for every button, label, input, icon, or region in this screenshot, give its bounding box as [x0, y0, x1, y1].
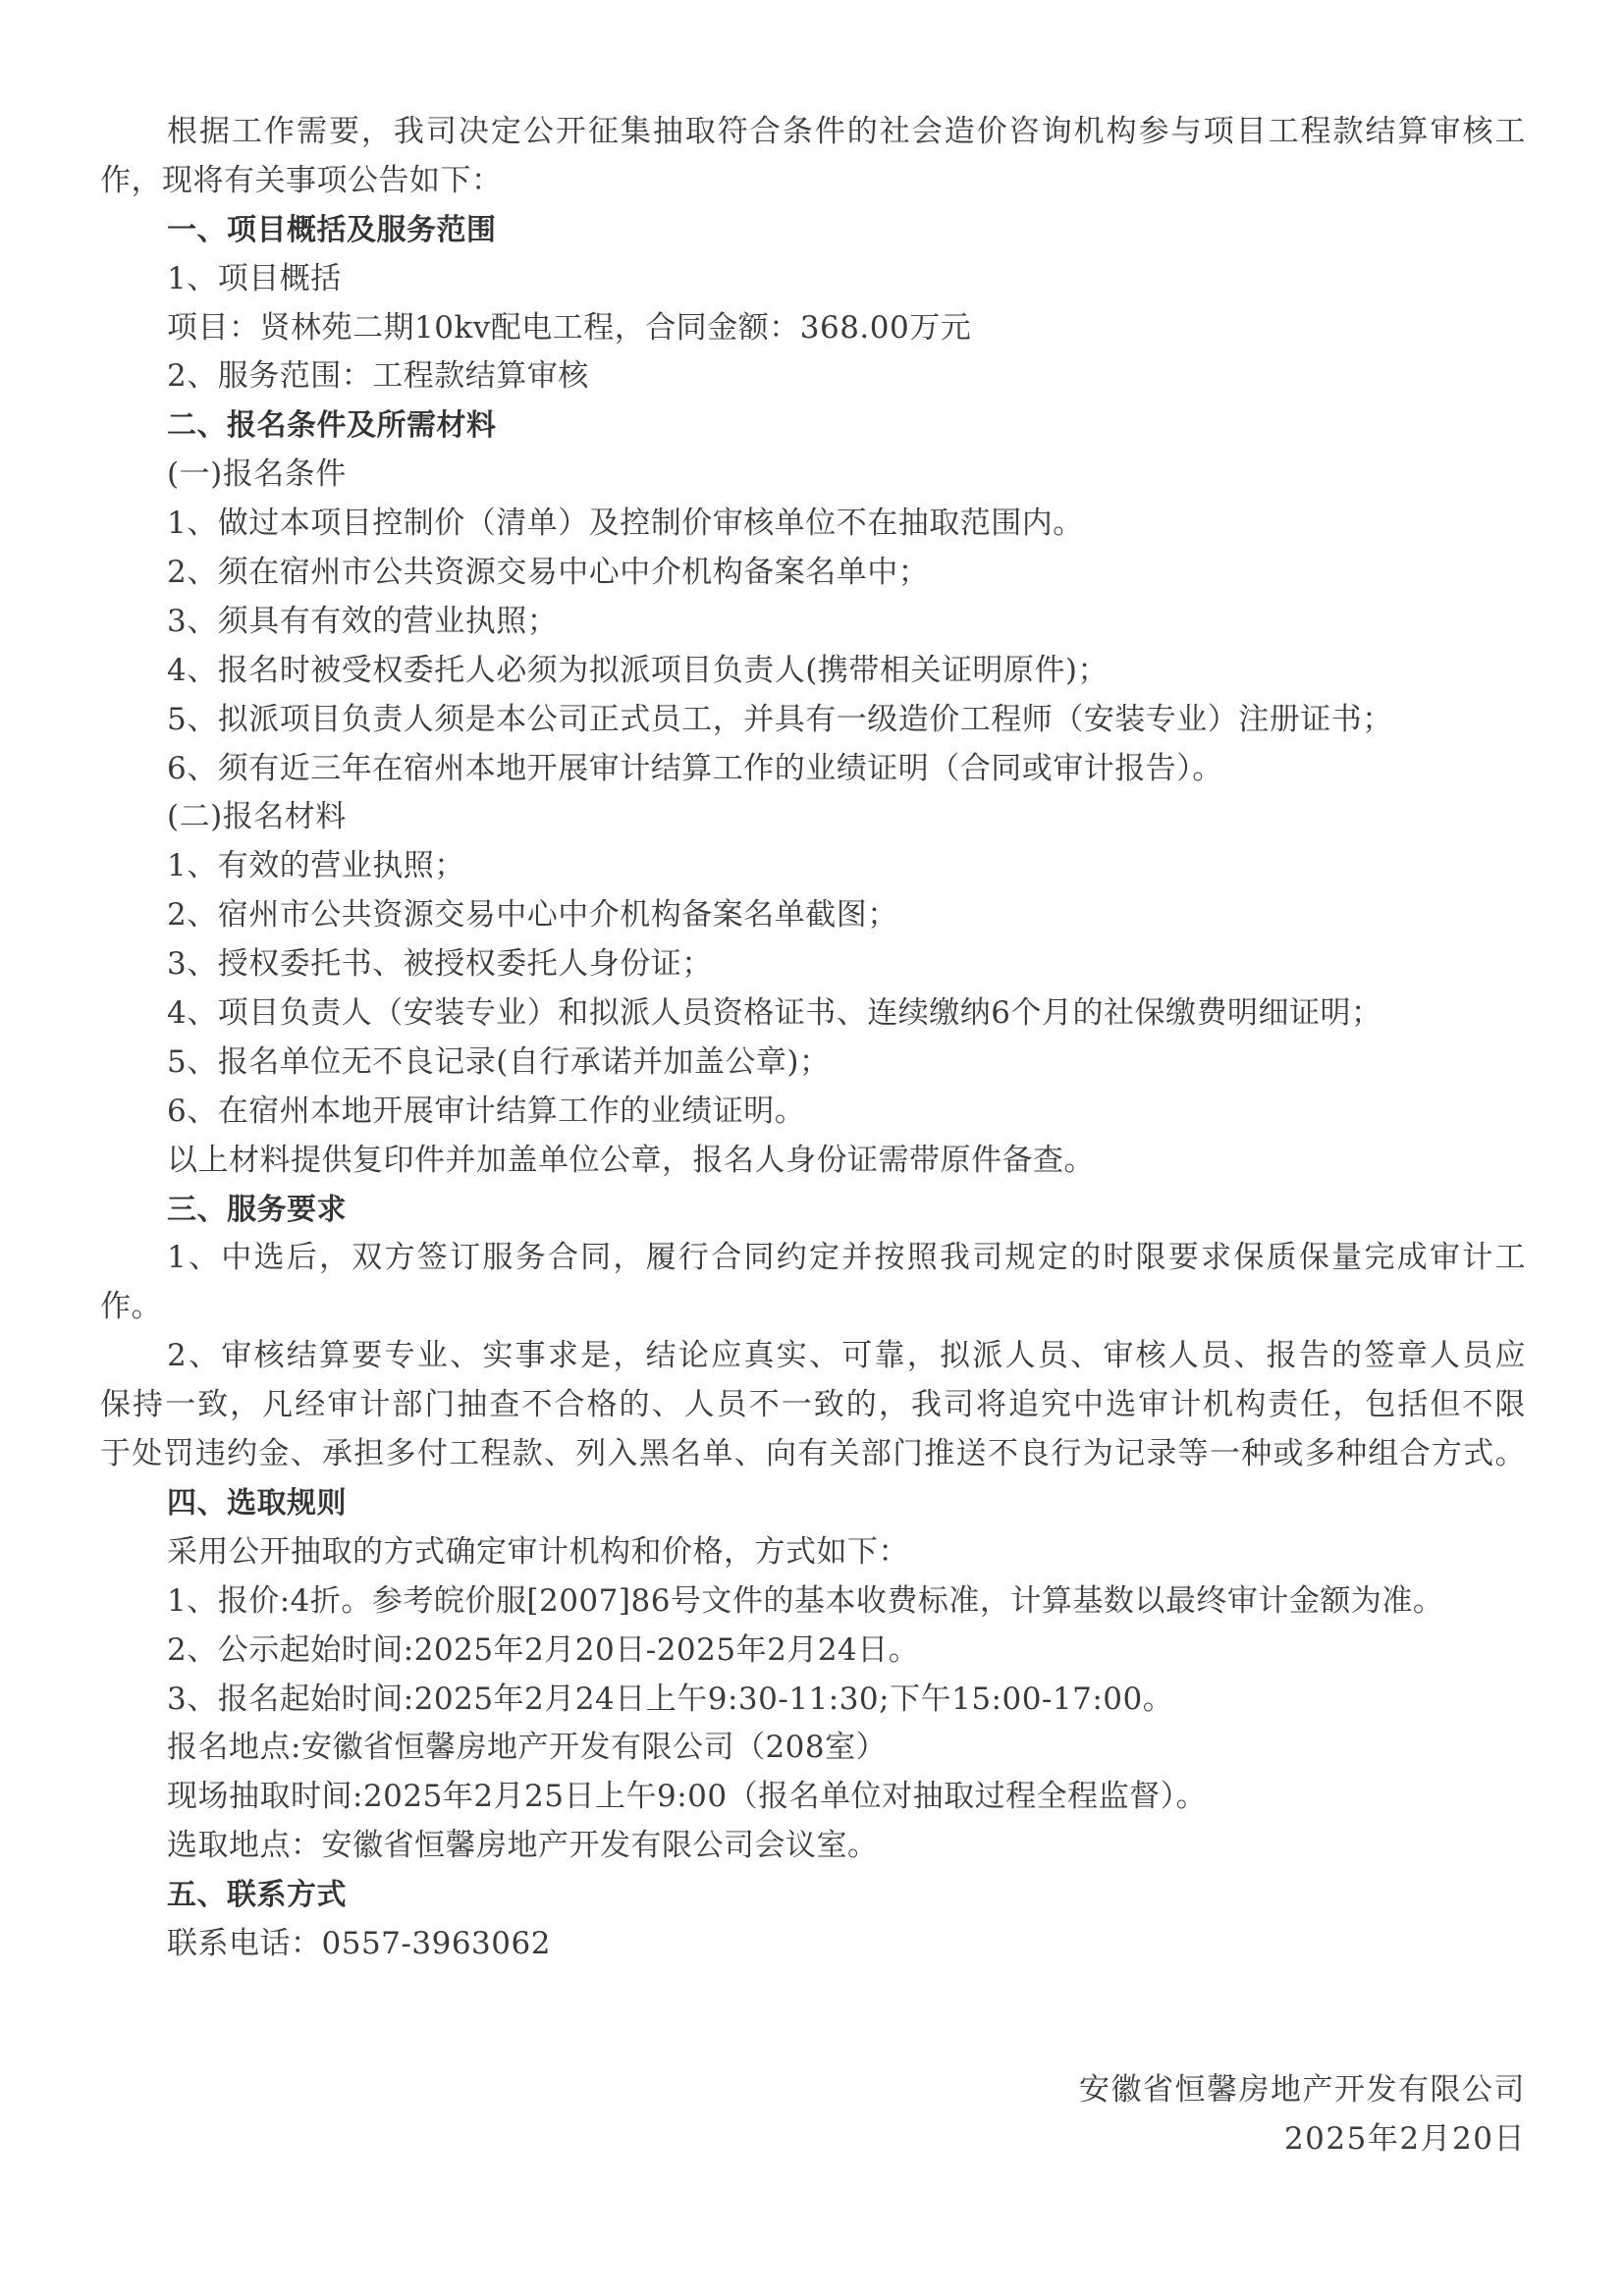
selection-rule: 2、公示起始时间:2025年2月20日-2025年2月24日。	[100, 1627, 1526, 1676]
selection-rule: 1、报价:4折。参考皖价服[2007]86号文件的基本收费标准，计算基数以最终审…	[100, 1577, 1526, 1627]
section-heading-5: 五、联系方式	[100, 1871, 1526, 1920]
intro-line-1: 根据工作需要，我司决定公开征集抽取符合条件的社会造价咨询机构参与项目工程款结算审…	[100, 108, 1526, 157]
material-item: 3、授权委托书、被授权委托人身份证；	[100, 940, 1526, 989]
draw-time: 现场抽取时间:2025年2月25日上午9:00（报名单位对抽取过程全程监督）。	[100, 1773, 1526, 1822]
condition-item: 3、须具有有效的营业执照；	[100, 598, 1526, 647]
material-item: 5、报名单位无不良记录(自行承诺并加盖公章)；	[100, 1039, 1526, 1088]
signature-block: 安徽省恒馨房地产开发有限公司 2025年2月20日	[1079, 2066, 1526, 2164]
condition-item: 5、拟派项目负责人须是本公司正式员工，并具有一级造价工程师（安装专业）注册证书；	[100, 696, 1526, 745]
material-item: 4、项目负责人（安装专业）和拟派人员资格证书、连续缴纳6个月的社保缴费明细证明；	[100, 989, 1526, 1039]
section-heading-3: 三、服务要求	[100, 1186, 1526, 1235]
conditions-title: (一)报名条件	[100, 451, 1526, 500]
selection-rule: 3、报名起始时间:2025年2月24日上午9:30-11:30;下午15:00-…	[100, 1676, 1526, 1725]
signature-company: 安徽省恒馨房地产开发有限公司	[1079, 2066, 1526, 2115]
service-scope: 2、服务范围：工程款结算审核	[100, 352, 1526, 401]
section-heading-1: 一、项目概括及服务范围	[100, 206, 1526, 255]
requirement-2-line-3: 于处罚违约金、承担多付工程款、列入黑名单、向有关部门推送不良行为记录等一种或多种…	[100, 1430, 1526, 1479]
requirement-1-line-2: 作。	[100, 1283, 1526, 1332]
materials-title: (二)报名材料	[100, 793, 1526, 842]
section-heading-2: 二、报名条件及所需材料	[100, 401, 1526, 451]
intro-line-2: 作，现将有关事项公告如下：	[100, 157, 1526, 206]
signature-date: 2025年2月20日	[1079, 2115, 1526, 2164]
material-item: 1、有效的营业执照；	[100, 842, 1526, 891]
project-details: 项目：贤林苑二期10kv配电工程，合同金额：368.00万元	[100, 304, 1526, 353]
requirement-2-line-2: 保持一致，凡经审计部门抽查不合格的、人员不一致的，我司将追究中选审计机构责任，包…	[100, 1381, 1526, 1430]
announcement-body: 根据工作需要，我司决定公开征集抽取符合条件的社会造价咨询机构参与项目工程款结算审…	[100, 108, 1526, 1969]
project-overview-title: 1、项目概括	[100, 255, 1526, 304]
condition-item: 2、须在宿州市公共资源交易中心中介机构备案名单中；	[100, 549, 1526, 598]
condition-item: 1、做过本项目控制价（清单）及控制价审核单位不在抽取范围内。	[100, 500, 1526, 549]
requirement-2-line-1: 2、审核结算要专业、实事求是，结论应真实、可靠，拟派人员、审核人员、报告的签章人…	[100, 1332, 1526, 1381]
contact-phone: 联系电话：0557-3963062	[100, 1920, 1526, 1969]
requirement-1-line-1: 1、中选后，双方签订服务合同，履行合同约定并按照我司规定的时限要求保质保量完成审…	[100, 1234, 1526, 1283]
registration-location: 报名地点:安徽省恒馨房地产开发有限公司（208室）	[100, 1724, 1526, 1773]
material-item: 2、宿州市公共资源交易中心中介机构备案名单截图；	[100, 891, 1526, 940]
material-item: 6、在宿州本地开展审计结算工作的业绩证明。	[100, 1088, 1526, 1137]
section-heading-4: 四、选取规则	[100, 1479, 1526, 1528]
selection-intro: 采用公开抽取的方式确定审计机构和价格，方式如下：	[100, 1528, 1526, 1577]
condition-item: 4、报名时被受权委托人必须为拟派项目负责人(携带相关证明原件)；	[100, 647, 1526, 696]
draw-location: 选取地点：安徽省恒馨房地产开发有限公司会议室。	[100, 1822, 1526, 1871]
materials-note: 以上材料提供复印件并加盖单位公章，报名人身份证需带原件备查。	[100, 1137, 1526, 1186]
condition-item: 6、须有近三年在宿州本地开展审计结算工作的业绩证明（合同或审计报告）。	[100, 745, 1526, 794]
